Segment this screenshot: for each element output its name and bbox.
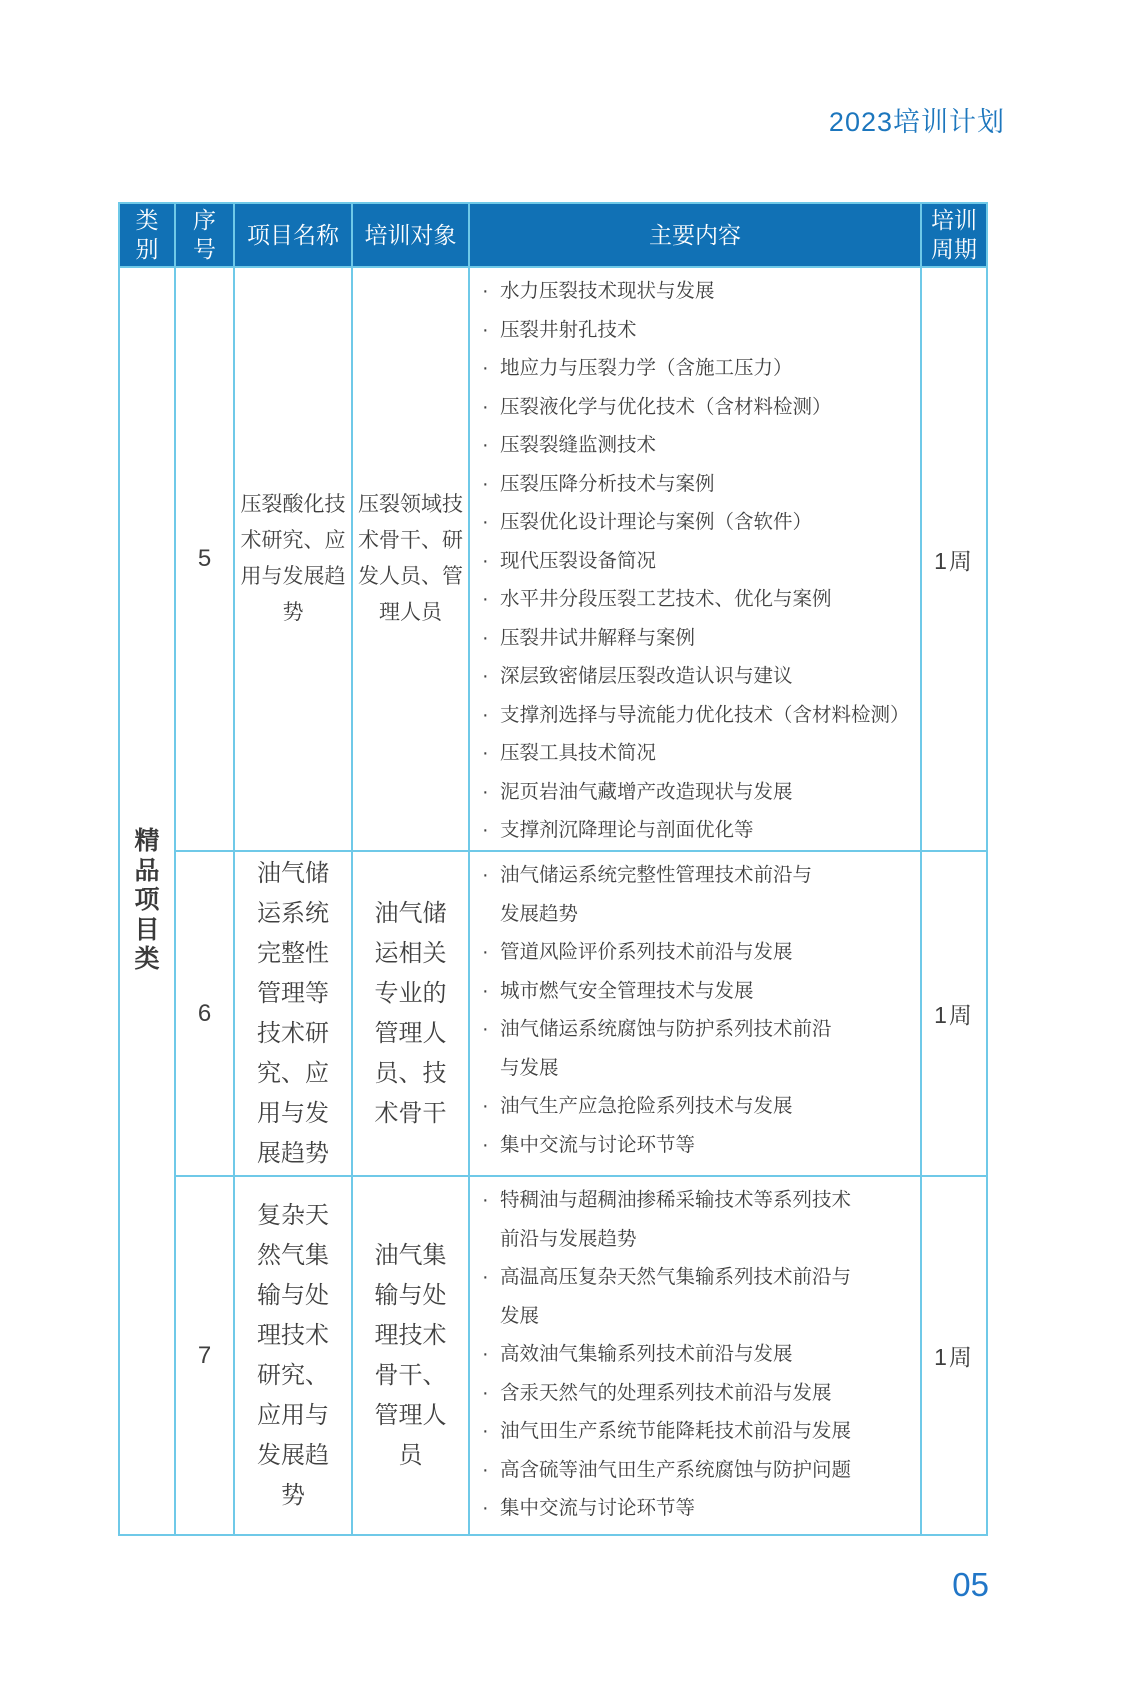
training-period: 1周 bbox=[922, 1177, 986, 1534]
column-header-project-name: 项目名称 bbox=[235, 204, 353, 268]
bullet-icon: · bbox=[482, 696, 500, 735]
main-content-list: ·水力压裂技术现状与发展 ·压裂井射孔技术 ·地应力与压裂力学（含施工压力） ·… bbox=[470, 268, 922, 852]
content-item: ·高效油气集输系列技术前沿与发展 bbox=[482, 1335, 916, 1374]
bullet-icon: · bbox=[482, 426, 500, 465]
bullet-icon: · bbox=[482, 1451, 500, 1490]
content-item: ·油气生产应急抢险系列技术与发展 bbox=[482, 1087, 916, 1126]
column-header-audience: 培训对象 bbox=[353, 204, 470, 268]
content-item: ·压裂井射孔技术 bbox=[482, 311, 916, 350]
project-name: 压裂酸化技术研究、应用与发展趋势 bbox=[235, 268, 353, 852]
content-item: ·地应力与压裂力学（含施工压力） bbox=[482, 349, 916, 388]
content-item: ·油气田生产系统节能降耗技术前沿与发展 bbox=[482, 1412, 916, 1451]
document-title: 2023培训计划 bbox=[829, 100, 1005, 139]
training-audience: 油气集输与处理技术骨干、管理人员 bbox=[353, 1177, 470, 1534]
content-item: ·含汞天然气的处理系列技术前沿与发展 bbox=[482, 1374, 916, 1413]
training-period: 1周 bbox=[922, 268, 986, 852]
content-item: ·水平井分段压裂工艺技术、优化与案例 bbox=[482, 580, 916, 619]
content-item: ·高温高压复杂天然气集输系列技术前沿与 发展 bbox=[482, 1258, 916, 1335]
bullet-icon: · bbox=[482, 1087, 500, 1126]
content-item: ·高含硫等油气田生产系统腐蚀与防护问题 bbox=[482, 1451, 916, 1490]
bullet-icon: · bbox=[482, 1258, 500, 1335]
content-item: ·压裂井试井解释与案例 bbox=[482, 619, 916, 658]
content-item: ·水力压裂技术现状与发展 bbox=[482, 272, 916, 311]
category-label: 精品项目类 bbox=[133, 827, 161, 975]
content-item: ·集中交流与讨论环节等 bbox=[482, 1126, 916, 1165]
content-item: ·油气储运系统完整性管理技术前沿与 发展趋势 bbox=[482, 856, 916, 933]
content-item: ·深层致密储层压裂改造认识与建议 bbox=[482, 657, 916, 696]
content-item: ·管道风险评价系列技术前沿与发展 bbox=[482, 933, 916, 972]
bullet-icon: · bbox=[482, 272, 500, 311]
bullet-icon: · bbox=[482, 773, 500, 812]
content-item: ·集中交流与讨论环节等 bbox=[482, 1489, 916, 1528]
bullet-icon: · bbox=[482, 619, 500, 658]
content-item: ·支撑剂选择与导流能力优化技术（含材料检测） bbox=[482, 696, 916, 735]
bullet-icon: · bbox=[482, 503, 500, 542]
bullet-icon: · bbox=[482, 972, 500, 1011]
bullet-icon: · bbox=[482, 657, 500, 696]
main-content-list: ·特稠油与超稠油掺稀采输技术等系列技术 前沿与发展趋势 ·高温高压复杂天然气集输… bbox=[470, 1177, 922, 1534]
main-content-list: ·油气储运系统完整性管理技术前沿与 发展趋势 ·管道风险评价系列技术前沿与发展 … bbox=[470, 852, 922, 1177]
bullet-icon: · bbox=[482, 734, 500, 773]
training-audience: 压裂领域技术骨干、研发人员、管理人员 bbox=[353, 268, 470, 852]
content-item: ·压裂优化设计理论与案例（含软件） bbox=[482, 503, 916, 542]
row-number: 5 bbox=[176, 268, 235, 852]
content-item: ·压裂液化学与优化技术（含材料检测） bbox=[482, 388, 916, 427]
content-item: ·现代压裂设备简况 bbox=[482, 542, 916, 581]
column-header-category: 类 别 bbox=[120, 204, 176, 268]
bullet-icon: · bbox=[482, 388, 500, 427]
bullet-icon: · bbox=[482, 1412, 500, 1451]
bullet-icon: · bbox=[482, 465, 500, 504]
content-item: ·压裂裂缝监测技术 bbox=[482, 426, 916, 465]
training-period: 1周 bbox=[922, 852, 986, 1177]
content-item: ·油气储运系统腐蚀与防护系列技术前沿 与发展 bbox=[482, 1010, 916, 1087]
bullet-icon: · bbox=[482, 856, 500, 933]
bullet-icon: · bbox=[482, 349, 500, 388]
training-plan-table: 类 别 序 号 项目名称 培训对象 主要内容 培训 周期 精品项目类 5 压裂酸… bbox=[118, 202, 988, 1536]
content-item: ·压裂工具技术简况 bbox=[482, 734, 916, 773]
bullet-icon: · bbox=[482, 1181, 500, 1258]
row-number: 6 bbox=[176, 852, 235, 1177]
bullet-icon: · bbox=[482, 933, 500, 972]
content-item: ·城市燃气安全管理技术与发展 bbox=[482, 972, 916, 1011]
column-header-main-content: 主要内容 bbox=[470, 204, 922, 268]
row-number: 7 bbox=[176, 1177, 235, 1534]
content-item: ·特稠油与超稠油掺稀采输技术等系列技术 前沿与发展趋势 bbox=[482, 1181, 916, 1258]
bullet-icon: · bbox=[482, 811, 500, 850]
category-cell: 精品项目类 bbox=[120, 268, 176, 1534]
project-name: 复杂天然气集输与处理技术研究、应用与发展趋势 bbox=[235, 1177, 353, 1534]
bullet-icon: · bbox=[482, 542, 500, 581]
training-audience: 油气储运相关专业的管理人员、技术骨干 bbox=[353, 852, 470, 1177]
column-header-period: 培训 周期 bbox=[922, 204, 986, 268]
bullet-icon: · bbox=[482, 1374, 500, 1413]
bullet-icon: · bbox=[482, 1489, 500, 1528]
page-number: 05 bbox=[952, 1566, 989, 1604]
project-name: 油气储运系统完整性管理等技术研究、应用与发展趋势 bbox=[235, 852, 353, 1177]
bullet-icon: · bbox=[482, 1010, 500, 1087]
bullet-icon: · bbox=[482, 311, 500, 350]
bullet-icon: · bbox=[482, 1126, 500, 1165]
content-item: ·支撑剂沉降理论与剖面优化等 bbox=[482, 811, 916, 850]
content-item: ·泥页岩油气藏增产改造现状与发展 bbox=[482, 773, 916, 812]
column-header-number: 序 号 bbox=[176, 204, 235, 268]
content-item: ·压裂压降分析技术与案例 bbox=[482, 465, 916, 504]
bullet-icon: · bbox=[482, 580, 500, 619]
bullet-icon: · bbox=[482, 1335, 500, 1374]
